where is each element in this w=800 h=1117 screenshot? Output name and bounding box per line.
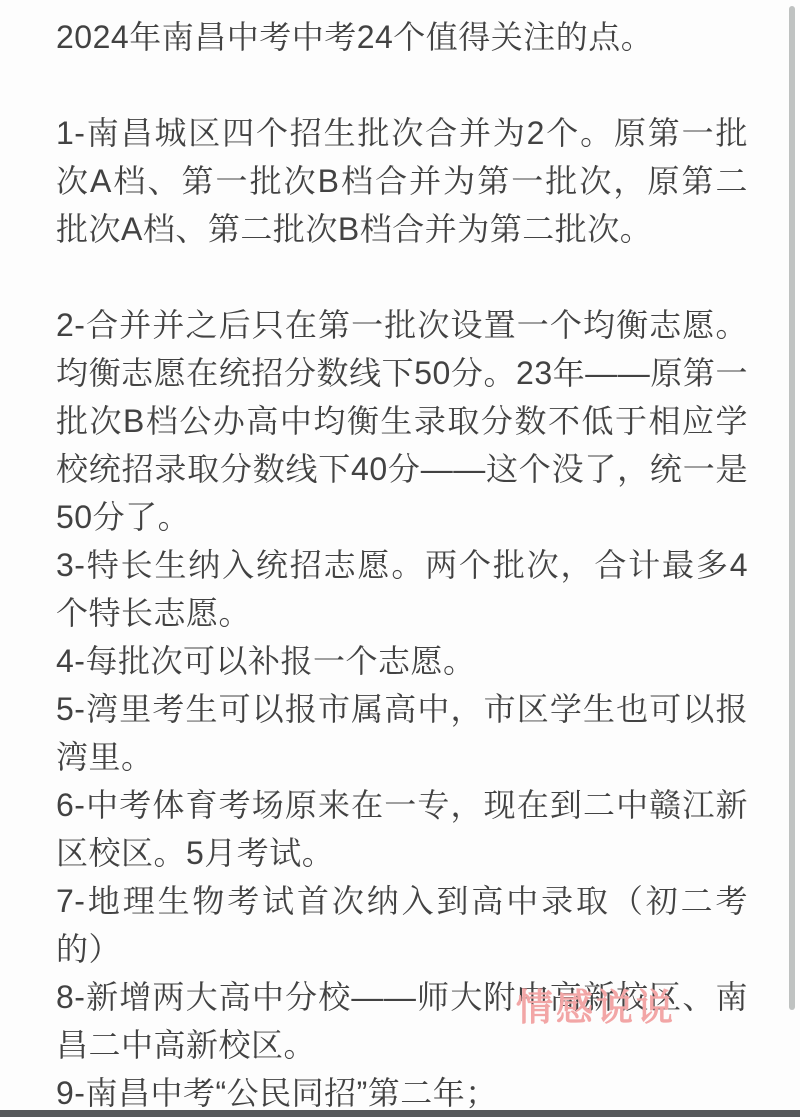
blank-line xyxy=(56,253,748,301)
article-page: 2024年南昌中考中考24个值得关注的点。1-南昌城区四个招生批次合并为2个。原… xyxy=(0,0,800,1117)
article-paragraph: 6-中考体育考场原来在一专，现在到二中赣江新区校区。5月考试。 xyxy=(56,781,748,877)
article-title: 2024年南昌中考中考24个值得关注的点。 xyxy=(56,13,748,61)
article-paragraph: 2-合并并之后只在第一批次设置一个均衡志愿。均衡志愿在统招分数线下50分。23年… xyxy=(56,301,748,541)
article-paragraph: 7-地理生物考试首次纳入到高中录取（初二考的） xyxy=(56,877,748,973)
article-text: 2024年南昌中考中考24个值得关注的点。1-南昌城区四个招生批次合并为2个。原… xyxy=(56,13,748,1117)
watermark-text: 情感说说 xyxy=(516,977,676,1031)
scrollbar-thumb[interactable] xyxy=(789,6,795,1010)
blank-line xyxy=(56,61,748,109)
article-paragraph: 4-每批次可以补报一个志愿。 xyxy=(56,637,748,685)
article-paragraph: 5-湾里考生可以报市属高中，市区学生也可以报湾里。 xyxy=(56,685,748,781)
article-paragraph: 3-特长生纳入统招志愿。两个批次，合计最多4个特长志愿。 xyxy=(56,541,748,637)
article-paragraph: 1-南昌城区四个招生批次合并为2个。原第一批次A档、第一批次B档合并为第一批次，… xyxy=(56,109,748,253)
bottom-divider xyxy=(0,1110,800,1117)
